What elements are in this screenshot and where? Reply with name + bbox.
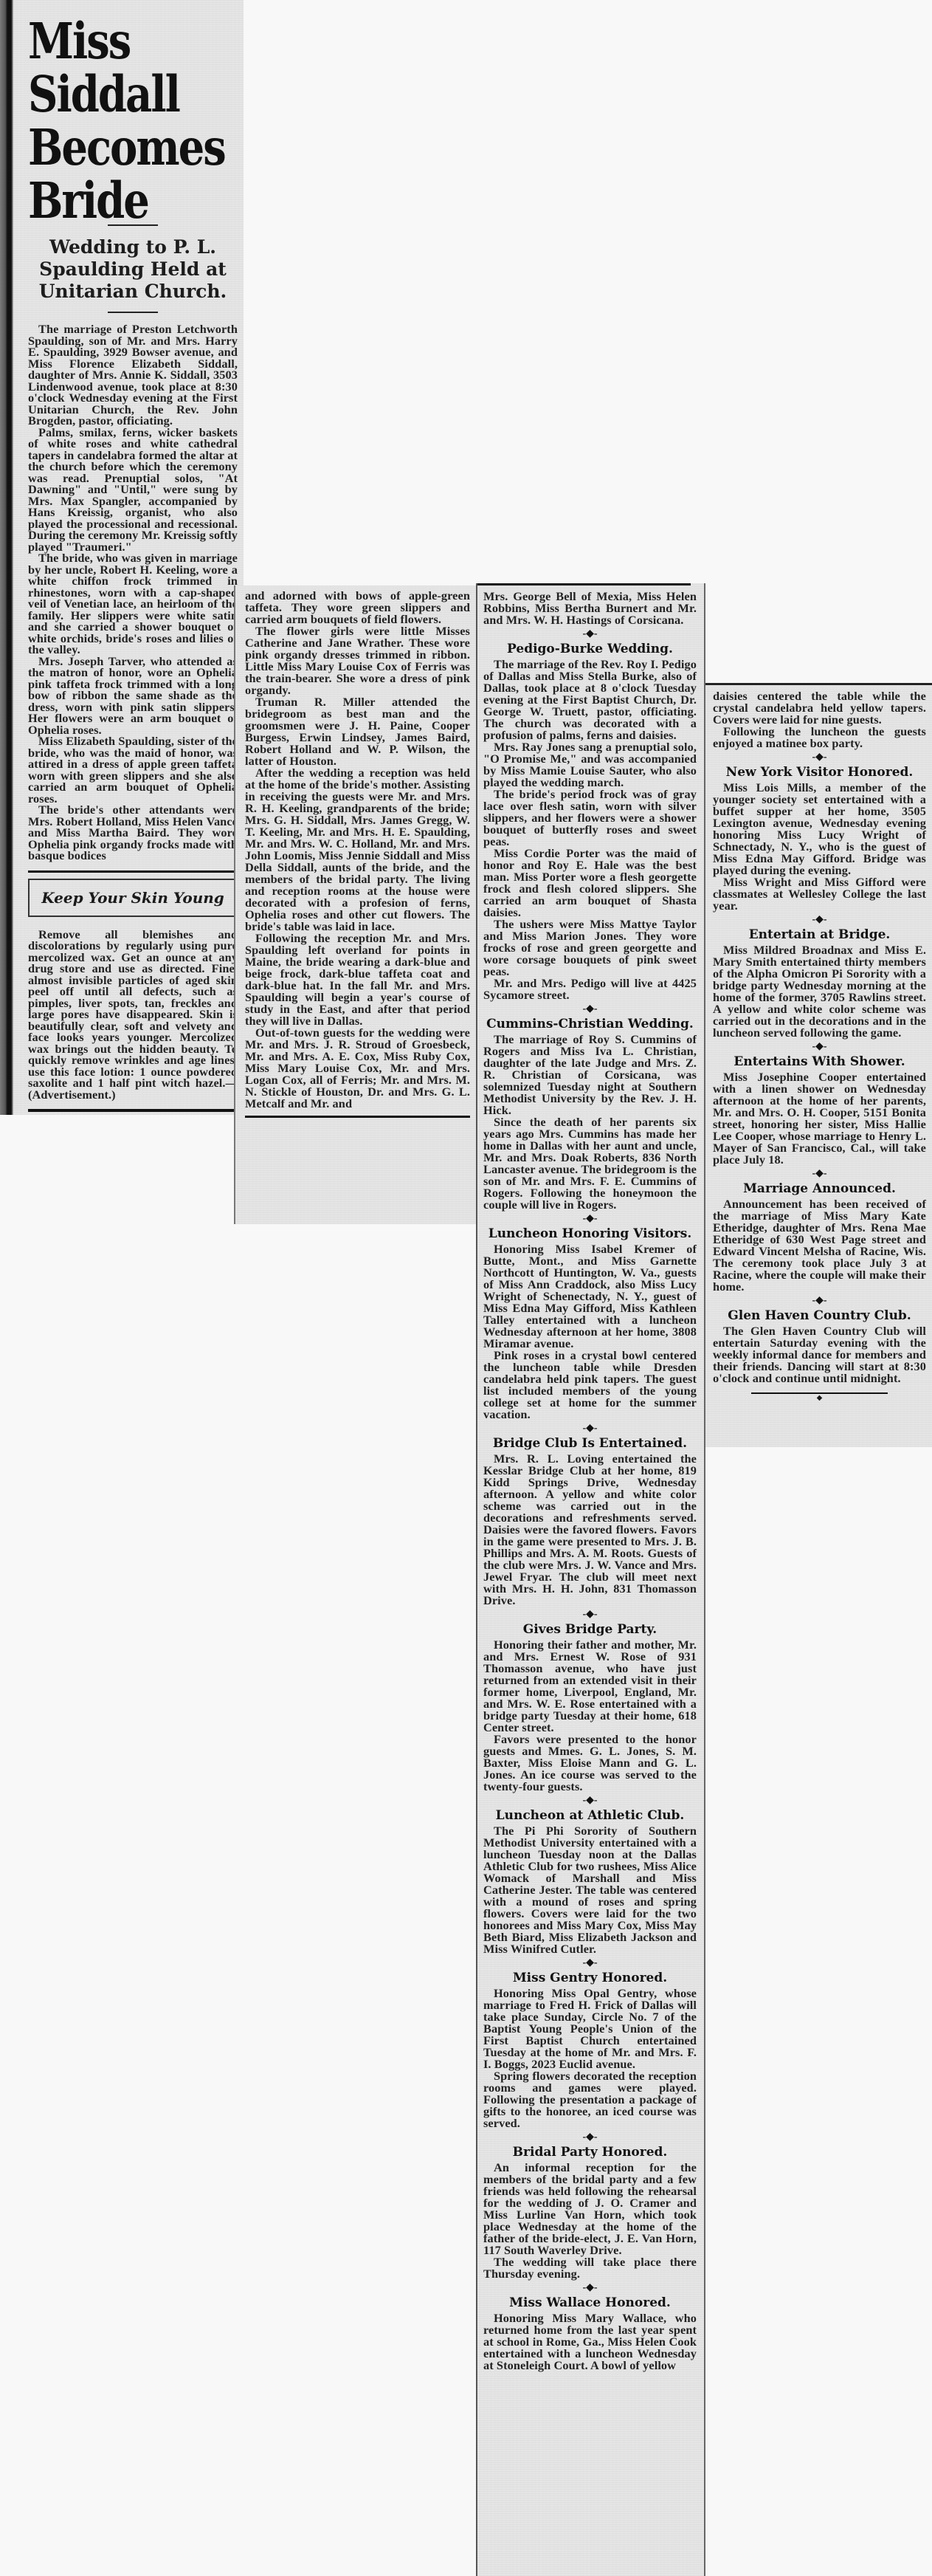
society-column-clipping-2: daisies centered the table while the cry… bbox=[705, 683, 932, 1447]
section-heading: Pedigo-Burke Wedding. bbox=[483, 641, 697, 657]
section-separator-icon: -◆- bbox=[483, 1004, 697, 1014]
section-heading: Miss Gentry Honored. bbox=[483, 1970, 697, 1986]
paragraph: The marriage of Roy S. Cummins of Rogers… bbox=[483, 1034, 697, 1116]
section-continuation: daisies centered the table while the cry… bbox=[713, 690, 926, 749]
section-separator-icon: -◆- bbox=[713, 1169, 926, 1179]
paragraph: After the wedding a reception was held a… bbox=[245, 767, 470, 932]
headline-line-2: Becomes Bride bbox=[28, 121, 238, 227]
section-heading: Cummins-Christian Wedding. bbox=[483, 1016, 697, 1032]
paragraph: Honoring Miss Mary Wallace, who returned… bbox=[483, 2312, 697, 2371]
section-separator-icon: -◆- bbox=[483, 1610, 697, 1620]
divider bbox=[28, 1109, 238, 1112]
paragraph: The marriage of Preston Letchworth Spaul… bbox=[28, 323, 238, 427]
section-separator-icon: -◆- bbox=[483, 1214, 697, 1224]
paragraph: The Glen Haven Country Club will enterta… bbox=[713, 1325, 926, 1384]
section-separator-icon: -◆- bbox=[713, 1296, 926, 1306]
article-body: The marriage of Preston Letchworth Spaul… bbox=[28, 323, 238, 862]
paragraph: Mrs. Ray Jones sang a prenuptial solo, "… bbox=[483, 741, 697, 789]
section-separator-icon: -◆- bbox=[713, 752, 926, 763]
paragraph: Spring flowers decorated the reception r… bbox=[483, 2070, 697, 2129]
paragraph: Mrs. R. L. Loving entertained the Kessla… bbox=[483, 1453, 697, 1607]
section-heading: Miss Wallace Honored. bbox=[483, 2295, 697, 2311]
paragraph: The bride, who was given in marriage by … bbox=[28, 552, 238, 656]
section-separator-icon: -◆- bbox=[483, 629, 697, 639]
advertisement-title: Keep Your Skin Young bbox=[28, 879, 238, 917]
section-heading: Bridal Party Honored. bbox=[483, 2144, 697, 2160]
society-column-clipping: Mrs. George Bell of Mexia, Miss Helen Ro… bbox=[476, 583, 705, 2576]
section-heading: New York Visitor Honored. bbox=[713, 764, 926, 780]
paragraph: Following the reception Mr. and Mrs. Spa… bbox=[245, 932, 470, 1027]
paragraph: Truman R. Miller attended the bridegroom… bbox=[245, 696, 470, 767]
paragraph: Miss Josephine Cooper entertained with a… bbox=[713, 1071, 926, 1166]
paragraph: Mr. and Mrs. Pedigo will live at 4425 Sy… bbox=[483, 978, 697, 1001]
section-separator-icon: -◆- bbox=[483, 2132, 697, 2143]
diamond-ornament-icon: ◆ bbox=[817, 1394, 823, 1402]
advertisement-body: Remove all blemishes and discolorations … bbox=[28, 929, 238, 1101]
society-sections: -◆-Pedigo-Burke Wedding.The marriage of … bbox=[483, 629, 697, 2371]
paragraph: Mrs. Joseph Tarver, who attended as the … bbox=[28, 656, 238, 736]
divider bbox=[245, 1116, 470, 1118]
advertisement: Keep Your Skin Young Remove all blemishe… bbox=[28, 870, 238, 1113]
section-heading: Luncheon Honoring Visitors. bbox=[483, 1226, 697, 1242]
paragraph: The ushers were Miss Mattye Taylor and M… bbox=[483, 918, 697, 978]
end-ornament: ◆ bbox=[713, 1390, 926, 1396]
section-heading: Gives Bridge Party. bbox=[483, 1621, 697, 1638]
paragraph: daisies centered the table while the cry… bbox=[713, 690, 926, 726]
section-heading: Glen Haven Country Club. bbox=[713, 1308, 926, 1324]
paragraph: Pink roses in a crystal bowl centered th… bbox=[483, 1350, 697, 1421]
paragraph: The flower girls were little Misses Cath… bbox=[245, 625, 470, 696]
section-separator-icon: -◆- bbox=[713, 915, 926, 925]
paragraph: Announcement has been received of the ma… bbox=[713, 1198, 926, 1293]
paragraph: Miss Cordie Porter was the maid of honor… bbox=[483, 848, 697, 918]
section-separator-icon: -◆- bbox=[483, 1796, 697, 1806]
paragraph: Honoring their father and mother, Mr. an… bbox=[483, 1639, 697, 1734]
paragraph: The wedding will take place there Thursd… bbox=[483, 2256, 697, 2280]
paragraph: The marriage of the Rev. Roy I. Pedigo o… bbox=[483, 659, 697, 741]
paragraph: Since the death of her parents six years… bbox=[483, 1116, 697, 1211]
headline: Miss Siddall Becomes Bride bbox=[28, 15, 238, 227]
divider bbox=[108, 312, 158, 313]
section-heading: Entertain at Bridge. bbox=[713, 927, 926, 943]
paragraph: The bride's other attendants were Mrs. R… bbox=[28, 804, 238, 862]
paragraph: An informal reception for the members of… bbox=[483, 2162, 697, 2256]
paragraph: Miss Mildred Broadnax and Miss E. Mary S… bbox=[713, 944, 926, 1039]
paragraph: Favors were presented to the honor guest… bbox=[483, 1734, 697, 1793]
section-heading: Bridge Club Is Entertained. bbox=[483, 1435, 697, 1452]
section-separator-icon: -◆- bbox=[483, 2283, 697, 2293]
main-article-clipping: Miss Siddall Becomes Bride Wedding to P.… bbox=[0, 0, 244, 1115]
subheadline: Wedding to P. L. Spaulding Held at Unita… bbox=[28, 236, 238, 303]
article-continuation-body: and adorned with bows of apple-green taf… bbox=[245, 590, 470, 1110]
section-heading: Marriage Announced. bbox=[713, 1181, 926, 1197]
society-sections-2: -◆-New York Visitor Honored.Miss Lois Mi… bbox=[713, 752, 926, 1384]
paragraph: The Pi Phi Sorority of Southern Methodis… bbox=[483, 1825, 697, 1955]
paragraph: Miss Elizabeth Spaulding, sister of the … bbox=[28, 735, 238, 804]
paragraph: Miss Lois Mills, a member of the younger… bbox=[713, 782, 926, 876]
article-continuation-clipping: and adorned with bows of apple-green taf… bbox=[234, 585, 476, 1224]
section-separator-icon: -◆- bbox=[483, 1423, 697, 1434]
section-heading: Entertains With Shower. bbox=[713, 1054, 926, 1070]
paragraph: Miss Wright and Miss Gifford were classm… bbox=[713, 876, 926, 912]
paragraph: Out-of-town guests for the wedding were … bbox=[245, 1027, 470, 1110]
paragraph: Palms, smilax, ferns, wicker baskets of … bbox=[28, 427, 238, 553]
section-separator-icon: -◆- bbox=[713, 1042, 926, 1052]
section-separator-icon: -◆- bbox=[483, 1958, 697, 1968]
paragraph: Honoring Miss Opal Gentry, whose marriag… bbox=[483, 1988, 697, 2070]
paragraph: Honoring Miss Isabel Kremer of Butte, Mo… bbox=[483, 1243, 697, 1350]
headline-line-1: Miss Siddall bbox=[28, 12, 179, 123]
paragraph: The bride's period frock was of gray lac… bbox=[483, 789, 697, 848]
paragraph: Following the luncheon the guests enjoye… bbox=[713, 726, 926, 749]
section-heading: Luncheon at Athletic Club. bbox=[483, 1807, 697, 1824]
paragraph: and adorned with bows of apple-green taf… bbox=[245, 590, 470, 625]
article-continuation-end: Mrs. George Bell of Mexia, Miss Helen Ro… bbox=[483, 591, 697, 626]
